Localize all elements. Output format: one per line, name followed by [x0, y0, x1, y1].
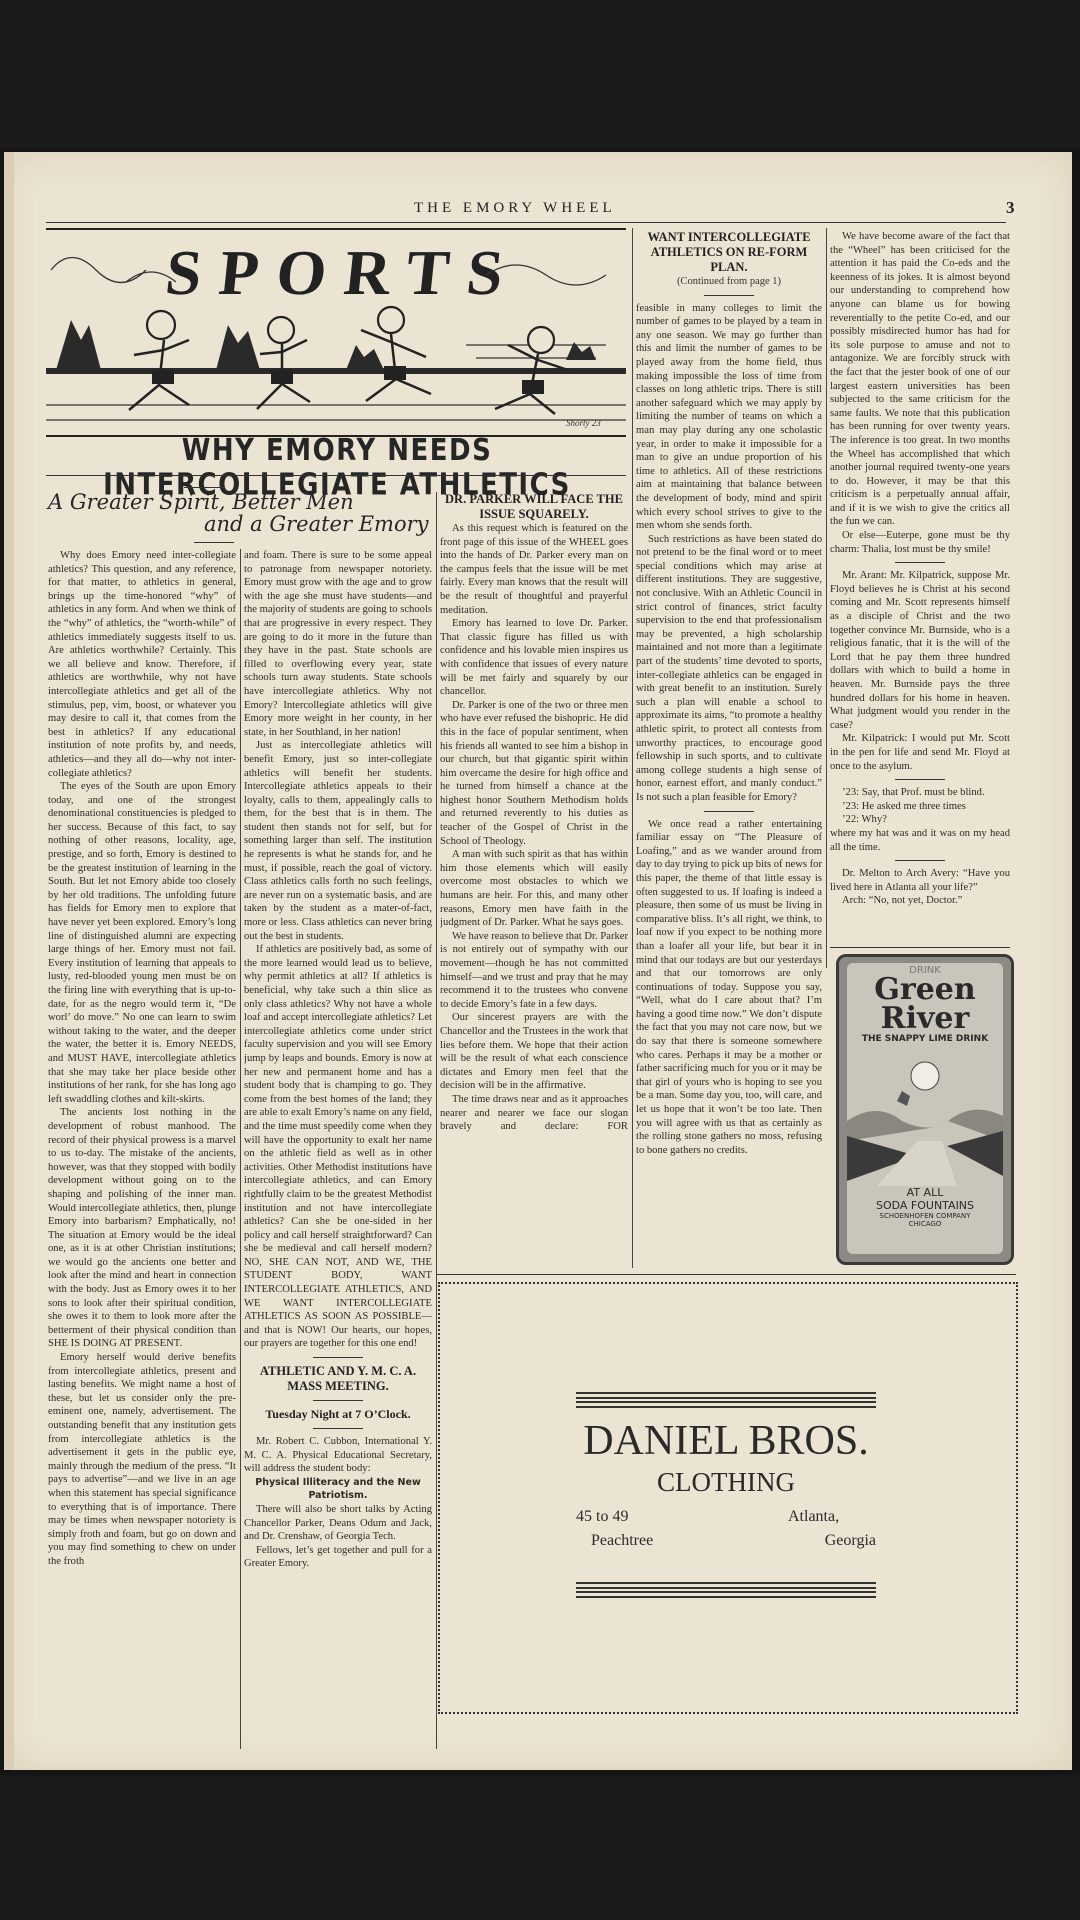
ad-address-line1: 45 to 49	[576, 1508, 628, 1526]
runners-illustration-icon: Shorty 23	[46, 230, 626, 435]
joke-line: ’23: Say, that Prof. must be blind.	[830, 786, 1010, 800]
paragraph: Emory has learned to love Dr. Parker. Th…	[440, 617, 628, 699]
green-river-ad-body: DRINK Green River THE SNAPPY LIME DRINK …	[847, 963, 1003, 1254]
paragraph: We have become aware of the fact that th…	[830, 230, 1010, 529]
continued-note: (Continued from page 1)	[636, 275, 822, 289]
ad-where-line1: AT ALL	[847, 1186, 1003, 1199]
paragraph: As this request which is featured on the…	[440, 522, 628, 617]
column-rule	[240, 549, 241, 1749]
paragraph: feasible in many colleges to limit the n…	[636, 302, 822, 533]
paragraph: Emory herself would derive benefits from…	[48, 1351, 236, 1569]
paragraph: The eyes of the South are upon Emory tod…	[48, 780, 236, 1106]
river-landscape-icon	[847, 1046, 1003, 1186]
paragraph: We have reason to believe that Dr. Parke…	[440, 930, 628, 1012]
torn-page-edge	[4, 152, 14, 1770]
paragraph: and foam. There is sure to be some appea…	[244, 549, 432, 739]
column-end-rule	[830, 947, 1010, 948]
paragraph: Or else—Euterpe, gone must be thy charm:…	[830, 529, 1010, 556]
ad-city: CHICAGO	[847, 1220, 1003, 1228]
paragraph: Dr. Parker is one of the two or three me…	[440, 699, 628, 849]
paragraph: There will also be short talks by Acting…	[244, 1503, 432, 1544]
reform-article: WANT INTERCOLLEGIATE ATHLETICS ON RE-FOR…	[636, 230, 822, 1270]
parker-article: DR. PARKER WILL FACE THE ISSUE SQUARELY.…	[440, 492, 628, 1132]
column-rule	[436, 492, 437, 1749]
ad-top-rule	[576, 1392, 876, 1399]
paragraph: If athletics are positively bad, as some…	[244, 943, 432, 1351]
ad-bottom-rule	[576, 1591, 876, 1598]
paragraph: Arch: “No, not yet, Doctor.”	[830, 894, 1010, 908]
paragraph: Why does Emory need inter-collegiate ath…	[48, 549, 236, 780]
page-number: 3	[1006, 198, 1015, 218]
headline-rule	[46, 475, 626, 476]
masthead-rule	[46, 222, 1006, 223]
ad-business-name: DANIEL BROS.	[576, 1416, 876, 1466]
short-rule	[194, 542, 234, 543]
scan-background-bottom	[0, 1775, 1080, 1920]
lead-article-column-1: Why does Emory need inter-collegiate ath…	[48, 549, 236, 1749]
paragraph: The ancients lost nothing in the develop…	[48, 1106, 236, 1351]
mass-meeting-topic: Physical Illiteracy and the New Patrioti…	[244, 1476, 432, 1503]
ad-brand-line2: River	[847, 1004, 1003, 1034]
ad-business-type: CLOTHING	[576, 1466, 876, 1498]
ad-state: Georgia	[825, 1532, 876, 1550]
paragraph: The time draws near and as it approaches…	[440, 1093, 628, 1132]
paragraph: Just as intercollegiate athletics will b…	[244, 739, 432, 943]
paragraph: Dr. Melton to Arch Avery: “Have you live…	[830, 867, 1010, 894]
joke-line: ’22: Why?	[830, 813, 1010, 827]
sports-banner: SPORTS	[46, 228, 626, 437]
section-divider	[704, 811, 754, 812]
ad-company: SCHOENHOFEN COMPANY	[847, 1212, 1003, 1220]
ad-city: Atlanta,	[788, 1508, 839, 1526]
column-rule	[632, 228, 633, 1268]
ad-content: DANIEL BROS. CLOTHING 45 to 49 Peachtree…	[576, 1390, 876, 1600]
section-divider	[313, 1400, 363, 1401]
section-divider	[313, 1357, 363, 1358]
ad-top-rule	[576, 1401, 876, 1408]
short-rule	[184, 487, 224, 488]
paragraph: A man with such spirit as that has withi…	[440, 848, 628, 930]
masthead-title: THE EMORY WHEEL	[414, 200, 616, 217]
ad-where-line2: SODA FOUNTAINS	[847, 1199, 1003, 1212]
section-divider	[704, 295, 754, 296]
section-divider	[895, 562, 945, 563]
paragraph: Mr. Kilpatrick: I would put Mr. Scott in…	[830, 732, 1010, 773]
section-divider	[313, 1428, 363, 1429]
mass-meeting-title: ATHLETIC AND Y. M. C. A. MASS MEETING.	[244, 1364, 432, 1394]
lead-article-title-line1: A Greater Spirit, Better Men	[48, 490, 354, 514]
daniel-bros-advertisement: DANIEL BROS. CLOTHING 45 to 49 Peachtree…	[438, 1282, 1018, 1714]
scan-background-top	[0, 0, 1080, 148]
ad-section-rule	[436, 1274, 1016, 1275]
svg-text:Shorty 23: Shorty 23	[566, 418, 601, 428]
paragraph: Our sincerest prayers are with the Chanc…	[440, 1011, 628, 1093]
lead-article-column-2: and foam. There is sure to be some appea…	[244, 549, 432, 1749]
section-divider	[895, 860, 945, 861]
ad-brand-line1: Green	[847, 976, 1003, 1004]
paragraph: Such restrictions as have been stated do…	[636, 533, 822, 805]
ad-bottom-rule	[576, 1582, 876, 1589]
editorial-column: We have become aware of the fact that th…	[830, 230, 1010, 950]
reform-article-title: WANT INTERCOLLEGIATE ATHLETICS ON RE-FOR…	[636, 230, 822, 275]
parker-article-title: DR. PARKER WILL FACE THE ISSUE SQUARELY.	[440, 492, 628, 522]
section-divider	[895, 779, 945, 780]
ad-address-line2: Peachtree	[591, 1532, 653, 1550]
paragraph: We once read a rather entertaining famil…	[636, 818, 822, 1158]
paragraph: Mr. Robert C. Cubbon, International Y. M…	[244, 1435, 432, 1476]
lead-article-title-line2: and a Greater Emory	[204, 512, 429, 536]
newspaper-page: THE EMORY WHEEL 3 SPORTS	[4, 152, 1072, 1770]
column-rule	[826, 228, 827, 968]
ad-tagline: THE SNAPPY LIME DRINK	[847, 1034, 1003, 1044]
joke-line: ’23: He asked me three times	[830, 800, 1010, 814]
joke-line: where my hat was and it was on my head a…	[830, 827, 1010, 854]
green-river-advertisement: DRINK Green River THE SNAPPY LIME DRINK …	[836, 954, 1014, 1265]
paragraph: Fellows, let’s get together and pull for…	[244, 1544, 432, 1571]
mass-meeting-time: Tuesday Night at 7 O’Clock.	[244, 1407, 432, 1422]
paragraph: Mr. Arant: Mr. Kilpatrick, suppose Mr. F…	[830, 569, 1010, 732]
